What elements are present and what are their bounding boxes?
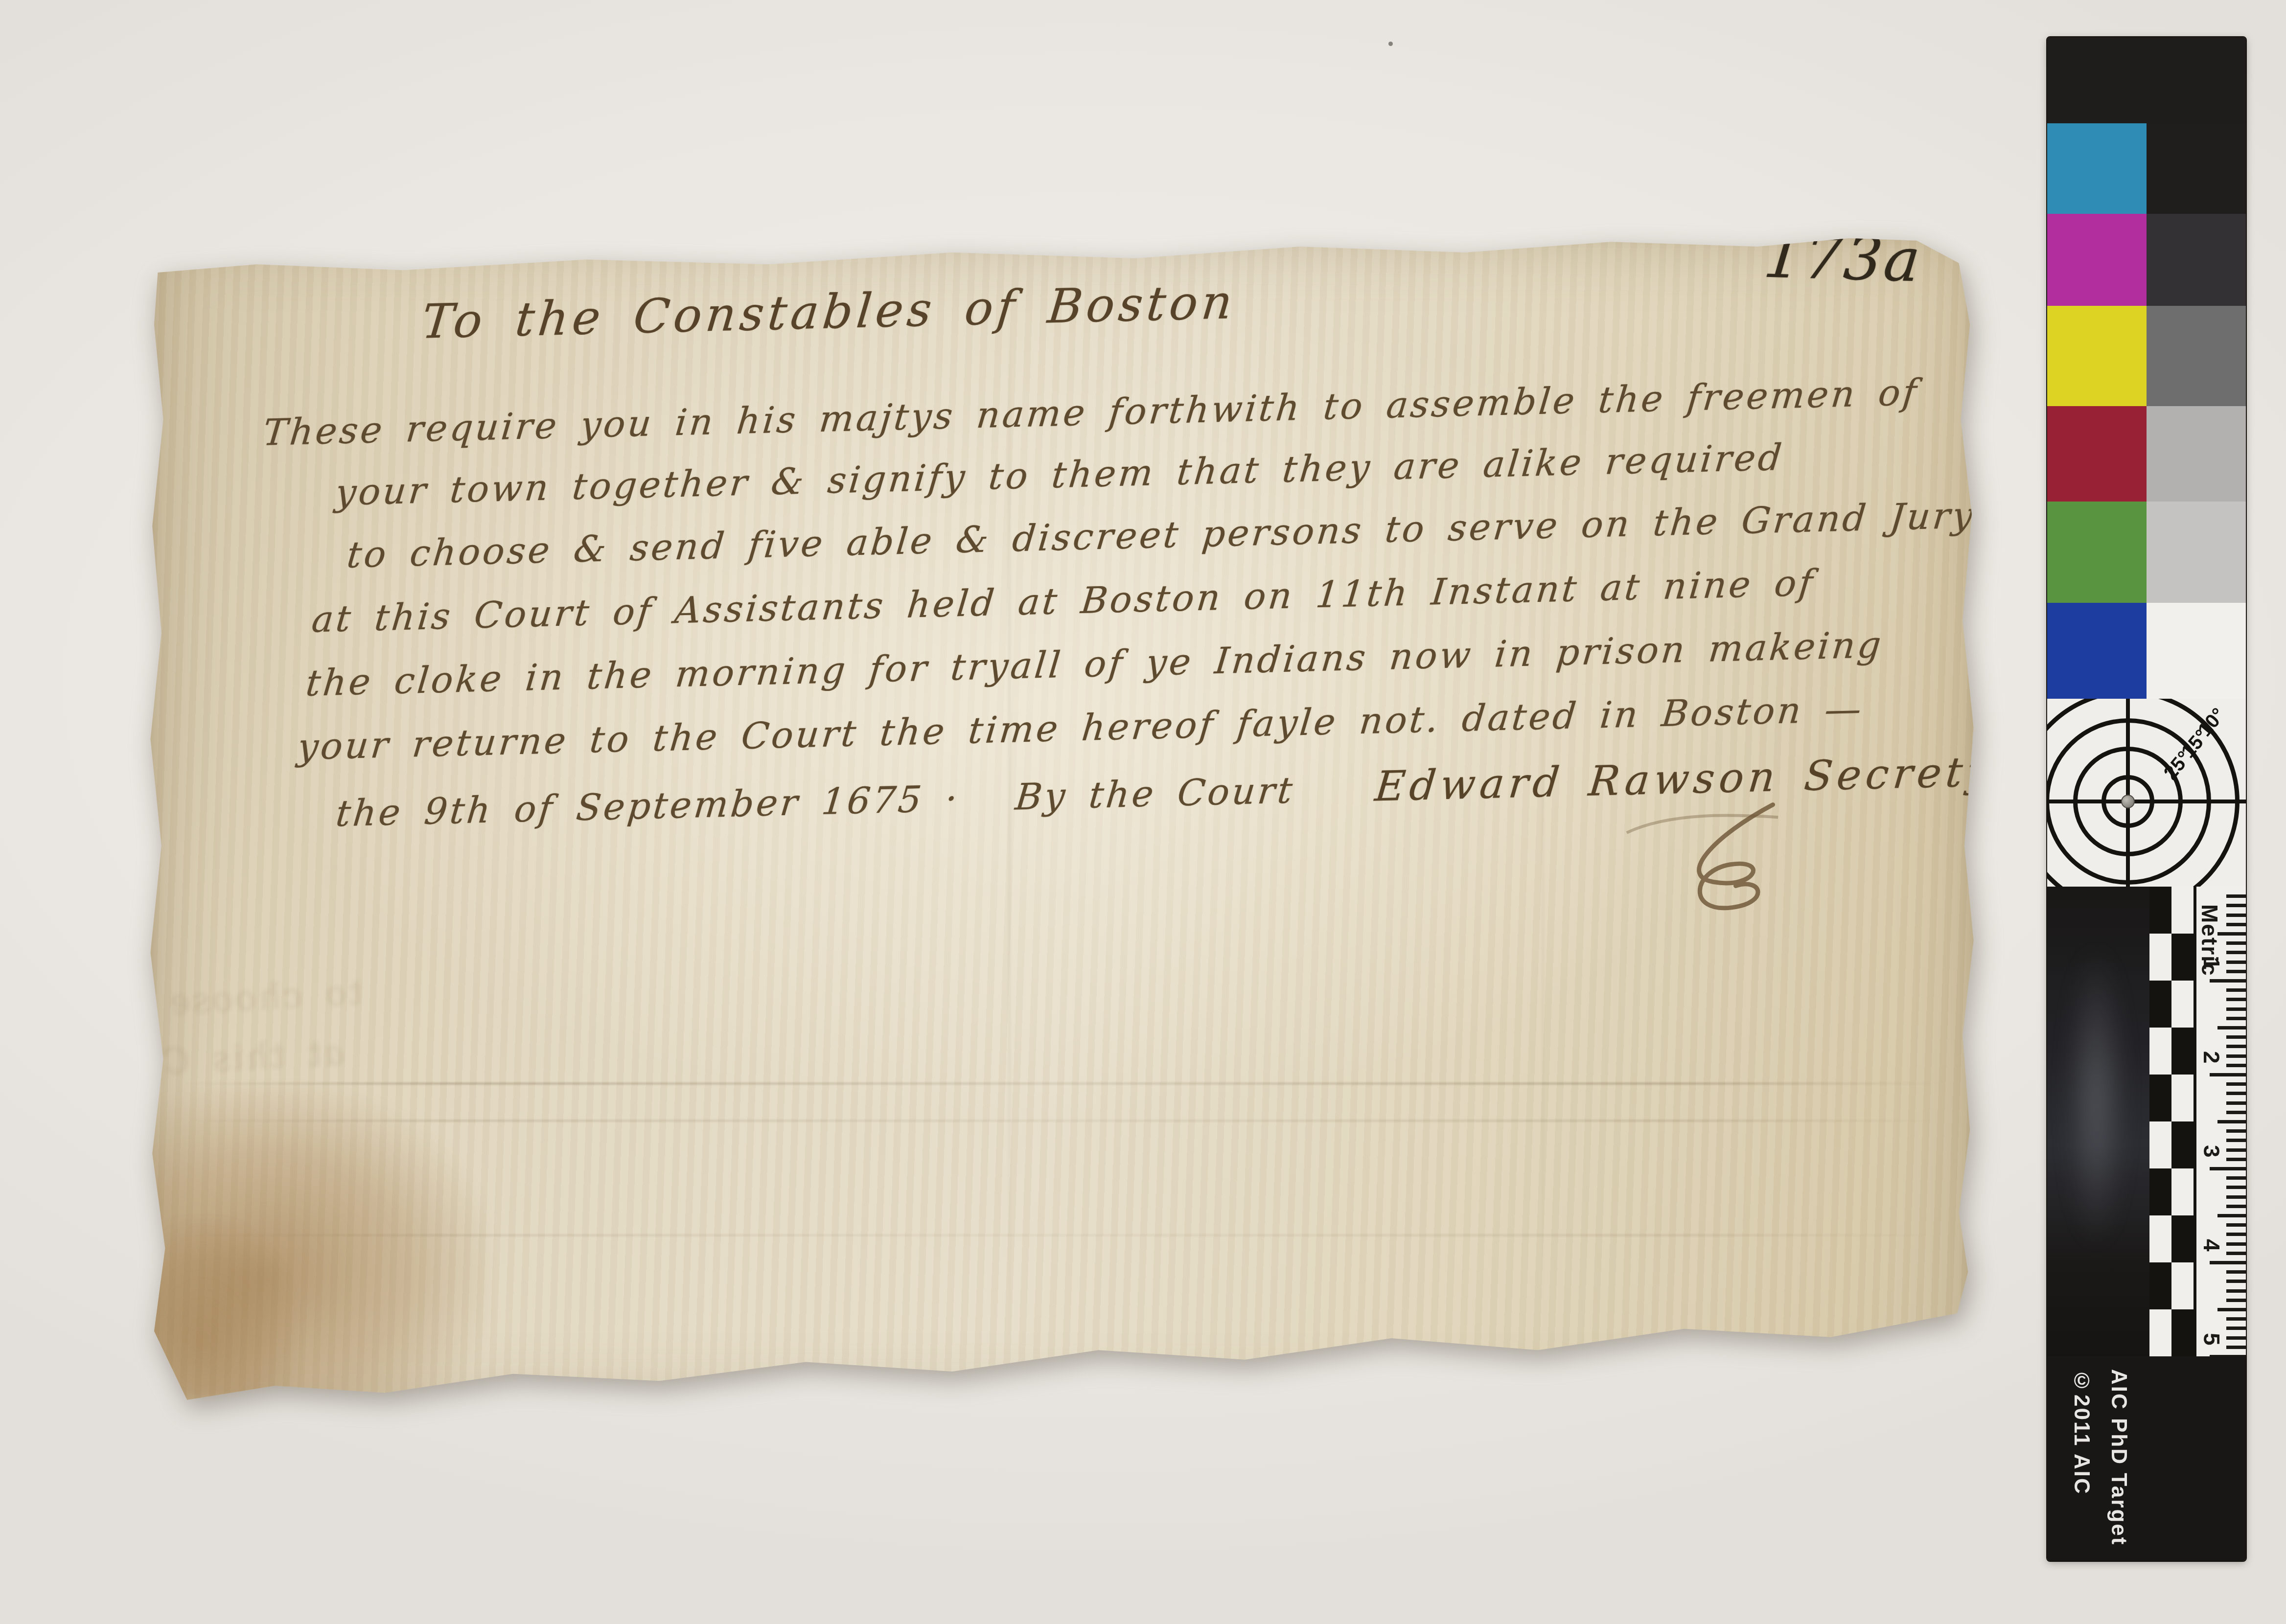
plastic-sheen (2067, 945, 2125, 1249)
ruler-tick (2226, 1139, 2246, 1142)
ruler-tick (2226, 923, 2246, 926)
ruler-tick (2226, 1148, 2246, 1152)
ruler-number: 3 (2198, 1145, 2225, 1158)
color-patch-row (2047, 306, 2246, 406)
ruler-tick (2226, 1101, 2246, 1105)
ruler-tick (2226, 1289, 2246, 1293)
color-patch-right (2147, 502, 2246, 603)
paper-sheet: 173a To the Constables of Boston These r… (147, 230, 1977, 1414)
signature-edward-rawson: Edward Rawson Secrety (1373, 747, 1997, 810)
ruler-tick (2226, 1195, 2246, 1199)
checker-column (2149, 887, 2171, 1356)
color-calibration-target: 10° 15° 25° Metric 12345 AIC PhD Target … (2047, 37, 2246, 1561)
credit-line-copyright: ©2011 AIC (2065, 1369, 2098, 1546)
glossy-black-strip (2047, 887, 2149, 1356)
ruler-tick (2226, 951, 2246, 954)
dust-speck (1388, 42, 1393, 46)
ruler-tick (2226, 914, 2246, 917)
ruler-tick (2210, 979, 2246, 983)
ruler-tick (2226, 1158, 2246, 1161)
ruler-tick (2226, 998, 2246, 1001)
bleedthrough-ghost-line: at this Court of Assistants held at Bost… (0, 1032, 346, 1148)
ruler-tick (2226, 970, 2246, 973)
handwriting-line: your town together & signify to them tha… (334, 436, 1786, 514)
color-patch-row (2047, 603, 2246, 699)
color-patch-row (2047, 214, 2246, 306)
ruler-tick (2226, 1205, 2246, 1208)
ruler-tick (2226, 894, 2246, 898)
color-patch-right (2147, 406, 2246, 502)
credit-text: AIC PhD Target ©2011 AIC (2061, 1369, 2139, 1546)
color-patch-left (2047, 37, 2147, 123)
ruler-tick (2226, 1092, 2246, 1095)
credit-line-target-name: AIC PhD Target (2102, 1369, 2135, 1546)
signature-flourish (1611, 800, 1791, 961)
ruler-tick (2226, 1223, 2246, 1227)
ruler-section: Metric 12345 (2047, 887, 2246, 1356)
color-patch-left (2047, 306, 2147, 406)
photo-backdrop: { "document": { "folio_number": "173a", … (0, 0, 2286, 1624)
color-patch-right (2147, 603, 2246, 699)
ruler-tick (2217, 1214, 2246, 1217)
ruler-tick (2226, 904, 2246, 907)
metric-ruler: Metric 12345 (2194, 887, 2246, 1356)
by-the-court-text: By the Court (1014, 769, 1297, 818)
ruler-tick (2226, 1111, 2246, 1114)
ruler-number: 1 (2198, 957, 2225, 970)
ruler-tick (2226, 1346, 2246, 1349)
ruler-tick (2217, 1026, 2246, 1029)
handwriting-line: at this Court of Assistants held at Bost… (310, 562, 1817, 640)
ruler-tick (2217, 932, 2246, 936)
ruler-tick (2210, 1261, 2246, 1264)
ruler-tick (2226, 1252, 2246, 1255)
ruler-tick (2226, 1280, 2246, 1283)
handwriting-line: the cloke in the morning for tryall of y… (304, 624, 1885, 705)
ruler-tick (2226, 961, 2246, 964)
color-patch-row (2047, 123, 2246, 214)
ruler-tick (2210, 1073, 2246, 1076)
credit-block: AIC PhD Target ©2011 AIC (2047, 1356, 2246, 1561)
ruler-tick (2217, 1308, 2246, 1311)
ruler-tick (2226, 1035, 2246, 1039)
ruler-tick (2226, 1176, 2246, 1180)
ruler-tick (2226, 1007, 2246, 1011)
ruler-tick (2226, 988, 2246, 992)
ruler-tick (2226, 1299, 2246, 1302)
ruler-tick (2226, 1082, 2246, 1086)
color-patch-left (2047, 123, 2147, 214)
ruler-tick (2226, 1317, 2246, 1321)
bullseye-target: 10° 15° 25° (2047, 699, 2246, 887)
ruler-tick (2217, 1120, 2246, 1123)
handwriting-layer: 173a To the Constables of Boston These r… (134, 208, 1993, 1437)
folio-number: 173a (1761, 222, 1925, 296)
ruler-number: 5 (2198, 1333, 2225, 1346)
color-patch-row (2047, 502, 2246, 603)
color-patch-right (2147, 37, 2246, 123)
document-heading: To the Constables of Boston (419, 274, 1239, 349)
ruler-number: 4 (2198, 1239, 2225, 1252)
ruler-tick (2226, 1270, 2246, 1274)
date-text: the 9th of September 1675 · (334, 778, 961, 835)
color-patch-right (2147, 214, 2246, 306)
ruler-tick (2226, 1129, 2246, 1133)
color-patch-row (2047, 406, 2246, 502)
color-patch-row (2047, 37, 2246, 123)
manuscript-document: 173a To the Constables of Boston These r… (147, 230, 1977, 1414)
ruler-tick (2226, 1336, 2246, 1340)
color-patch-left (2047, 502, 2147, 603)
ruler-number: 2 (2198, 1051, 2225, 1064)
center-pin (2121, 795, 2135, 808)
color-patch-left (2047, 603, 2147, 699)
ruler-tick (2226, 1064, 2246, 1067)
color-patch-rows (2047, 37, 2246, 699)
ruler-tick (2226, 1045, 2246, 1048)
ruler-tick (2226, 1054, 2246, 1058)
ruler-tick (2226, 1017, 2246, 1020)
color-patch-right (2147, 306, 2246, 406)
ruler-tick (2226, 1242, 2246, 1246)
ruler-tick (2226, 1327, 2246, 1330)
ruler-tick (2226, 1233, 2246, 1236)
ruler-tick (2226, 1186, 2246, 1189)
ruler-tick (2226, 941, 2246, 945)
checker-column (2171, 887, 2194, 1356)
color-patch-left (2047, 406, 2147, 502)
ruler-tick (2210, 1167, 2246, 1170)
color-patch-left (2047, 214, 2147, 306)
color-patch-right (2147, 123, 2246, 214)
